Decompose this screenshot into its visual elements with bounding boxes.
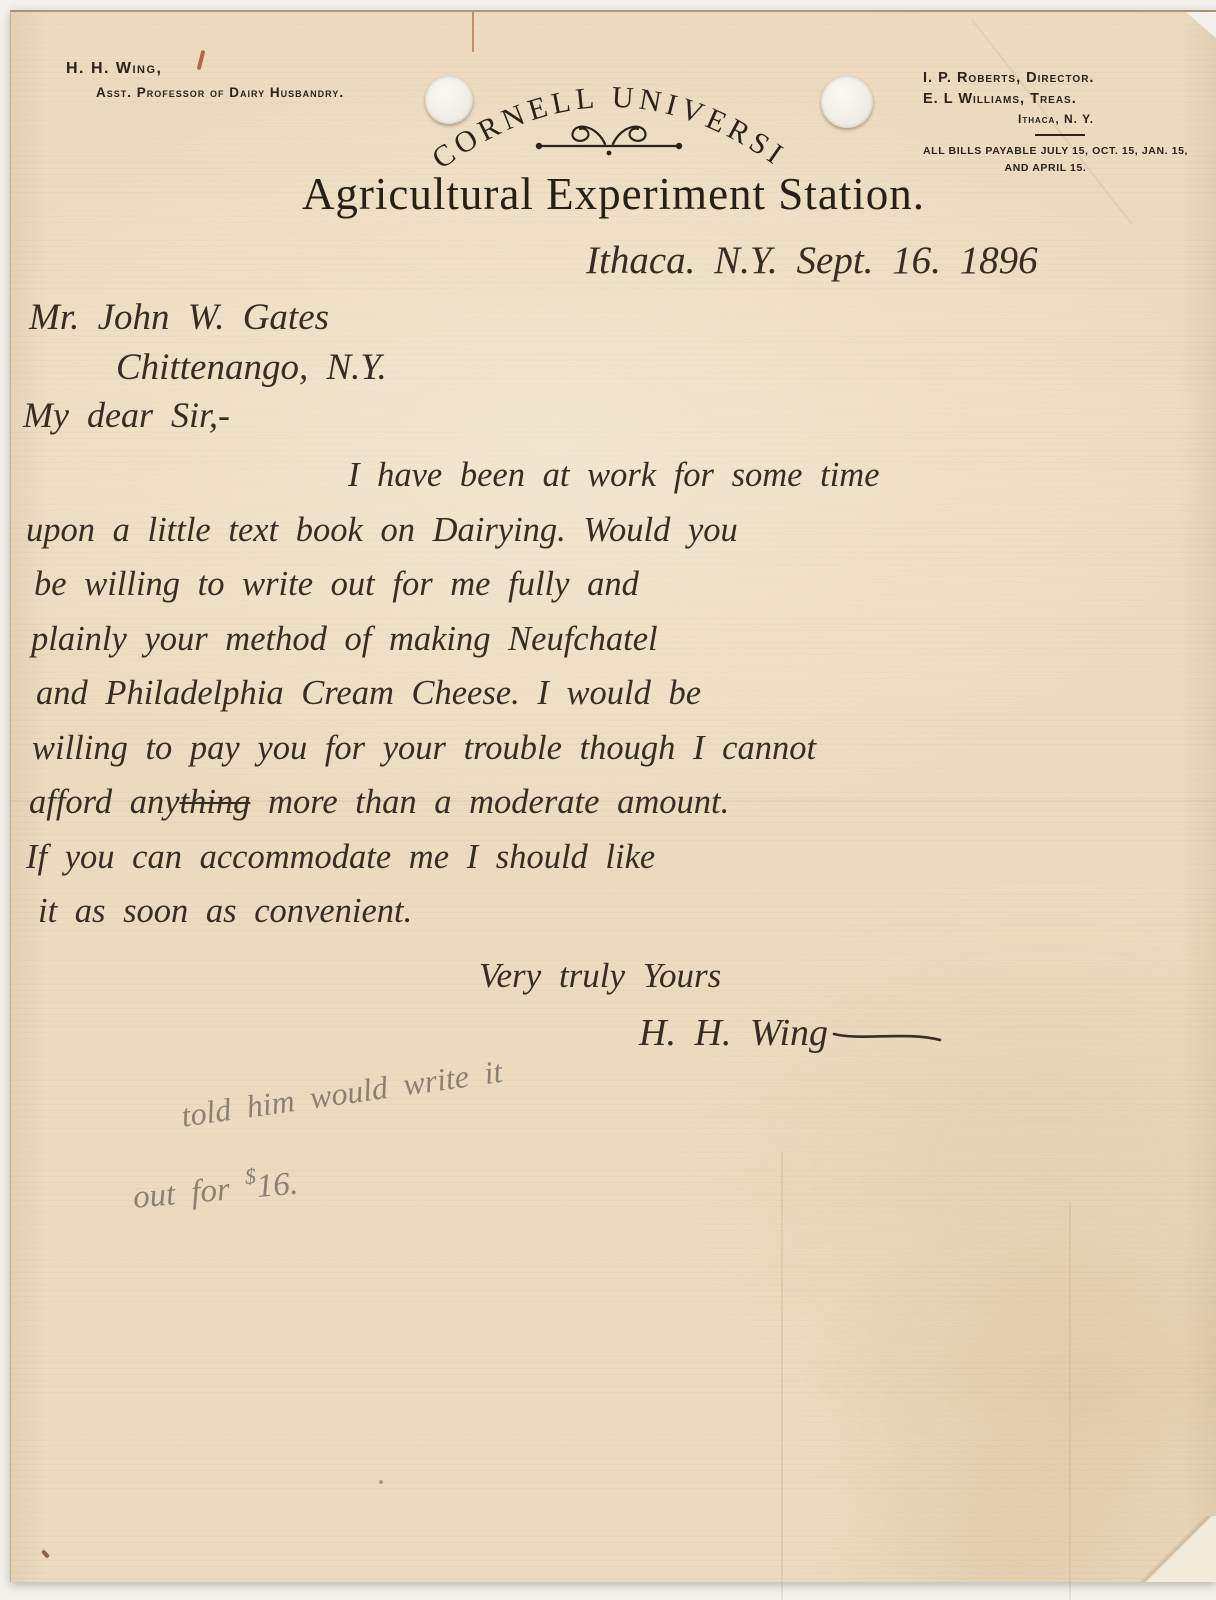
- recipient-city-line: Chittenango, N.Y.: [116, 346, 387, 389]
- salutation-line: My dear Sir,-: [23, 394, 230, 436]
- body-line: and Philadelphia Cream Cheese. I would b…: [26, 666, 880, 721]
- paper-corner-cut: [1186, 12, 1216, 38]
- body-line: upon a little text book on Dairying. Wou…: [26, 503, 880, 558]
- dog-ear-fold: [1132, 1516, 1216, 1582]
- scanned-letter: H. H. Wing, Asst. Professor of Dairy Hus…: [0, 0, 1216, 1600]
- scroll-flourish-icon: [519, 116, 699, 160]
- fold-crease-vertical: [1069, 1202, 1071, 1600]
- pencil-note-amount: 16.: [255, 1166, 299, 1205]
- signature-line: H. H. Wing: [639, 1011, 942, 1055]
- date-line: Ithaca. N.Y. Sept. 16. 1896: [586, 238, 1038, 283]
- body-line: it as soon as convenient.: [26, 884, 880, 939]
- body-line: willing to pay you for your trouble thou…: [26, 721, 880, 776]
- fold-crease-vertical: [781, 1152, 783, 1600]
- pencil-note-pre: out for: [132, 1170, 248, 1216]
- station-title: Agricultural Experiment Station.: [11, 168, 1216, 220]
- pencil-note-line2: out for $16.: [131, 1160, 300, 1217]
- recipient-name-line: Mr. John W. Gates: [29, 296, 329, 339]
- pencil-note-line1: told him would write it: [179, 1053, 505, 1135]
- letterhead-divider: [1035, 134, 1085, 136]
- letter-body: I have been at work for some time upon a…: [26, 448, 880, 939]
- letterhead-treasurer: E. L Williams, Treas.: [923, 89, 1215, 110]
- letterhead-bills-line1: ALL BILLS PAYABLE JULY 15, OCT. 15, JAN.…: [923, 143, 1215, 160]
- letterhead-left-block: H. H. Wing, Asst. Professor of Dairy Hus…: [66, 60, 344, 100]
- letterhead-city: Ithaca, N. Y.: [1018, 112, 1215, 126]
- body-line: I have been at work for some time: [26, 448, 880, 503]
- body-line: afford anything more than a moderate amo…: [26, 775, 880, 830]
- body-line: be willing to write out for me fully and: [26, 557, 880, 612]
- punch-hole-icon: [821, 76, 873, 128]
- letterhead-officer-title: Asst. Professor of Dairy Husbandry.: [96, 85, 344, 100]
- signature-flourish-icon: [832, 1029, 942, 1045]
- letterhead-director: I. P. Roberts, Director.: [923, 68, 1215, 89]
- letterhead-officer-name: H. H. Wing,: [66, 60, 344, 78]
- ink-mark: [472, 12, 474, 52]
- closing-line: Very truly Yours: [479, 956, 721, 996]
- signature-text: H. H. Wing: [639, 1012, 828, 1054]
- letterhead-right-block: I. P. Roberts, Director. E. L Williams, …: [923, 68, 1215, 177]
- letter-paper: H. H. Wing, Asst. Professor of Dairy Hus…: [10, 10, 1216, 1582]
- body-line: If you can accommodate me I should like: [26, 830, 880, 885]
- paper-speck: [41, 1549, 50, 1558]
- paper-speck: [379, 1480, 383, 1484]
- struck-word: thing: [180, 783, 251, 821]
- body-line: plainly your method of making Neufchatel: [26, 612, 880, 667]
